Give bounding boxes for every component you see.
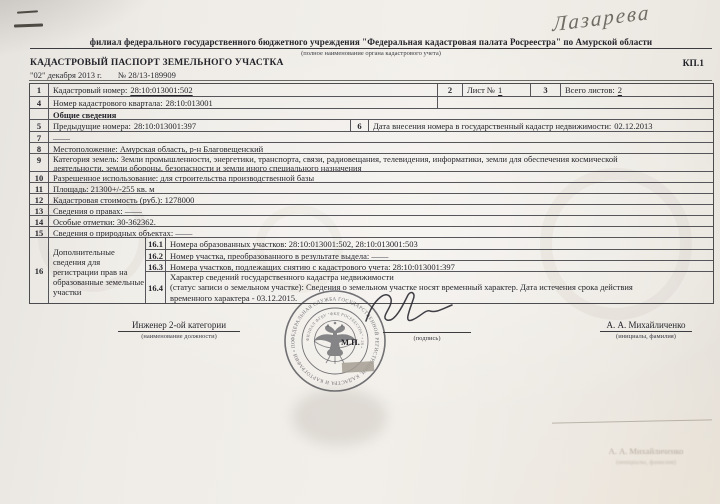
sheet-cell: Лист №1	[463, 84, 531, 96]
previous-numbers-value: 28:10:013001:397	[134, 121, 196, 131]
showthrough-name: А. А. Михайличенко	[598, 446, 694, 456]
total-sheets-value: 2	[618, 85, 622, 95]
issue-date: "02" декабря 2013 г.	[30, 70, 102, 80]
table-section-row: Общие сведения	[30, 108, 713, 119]
row-number	[30, 109, 49, 119]
row-number: 5	[30, 120, 49, 131]
formed-parcels-cell: Номера образованных участков: 28:10:0130…	[166, 238, 713, 249]
quarter-number-label: Номер кадастрового квартала:	[53, 98, 163, 108]
row-number: 6	[351, 120, 369, 131]
area-cell: Площадь: 21300+/-255 кв. м	[49, 183, 713, 193]
row-number: 9	[30, 154, 49, 171]
table-row-15: 15 Сведения о природных объектах: ——	[30, 226, 713, 237]
table-top-hairline	[29, 80, 712, 81]
cadastral-number-value: 28:10:013001:502	[130, 85, 192, 95]
staple-mark	[14, 23, 43, 27]
row-number: 16.3	[146, 261, 166, 271]
cadastral-passport-page: Лазарева филиал федерального государстве…	[0, 0, 720, 504]
row-number: 14	[30, 216, 49, 226]
date-and-number-line: "02" декабря 2013 г. № 28/13-189909	[30, 70, 176, 80]
signer-position: Инженер 2-ой категории	[118, 320, 240, 332]
table-row-16-3: 16.3 Номера участков, подлежащих снятию …	[146, 260, 713, 271]
table-row-7: 7 ——	[30, 131, 713, 142]
row-number: 12	[30, 194, 49, 204]
table-row-11: 11 Площадь: 21300+/-255 кв. м	[30, 182, 713, 193]
empty-cell	[438, 97, 713, 108]
issuing-authority-line: филиал федерального государственного бюд…	[30, 37, 712, 47]
row-number: 4	[30, 97, 49, 108]
handwritten-note: Лазарева	[552, 0, 650, 37]
natural-objects-cell: Сведения о природных объектах: ——	[49, 227, 713, 237]
total-sheets-label: Всего листов:	[565, 85, 615, 95]
row-number: 3	[531, 84, 561, 96]
stamp-number-block	[342, 361, 374, 373]
table-row-12: 12 Кадастровая стоимость (руб.): 1278000	[30, 193, 713, 204]
location-cell: Местоположение: Амурская область, р-н Бл…	[49, 143, 713, 153]
registry-date-value: 02.12.2013	[614, 121, 652, 131]
permitted-use-cell: Разрешенное использование: для строитель…	[49, 172, 713, 182]
table-row-4: 4 Номер кадастрового квартала:28:10:0130…	[30, 96, 713, 108]
row-number: 11	[30, 183, 49, 193]
form-code: КП.1	[683, 59, 704, 69]
registry-date-cell: Дата внесения номера в государственный к…	[369, 120, 713, 131]
row-number: 7	[30, 132, 49, 142]
row-number: 16.4	[146, 272, 166, 303]
row-number: 2	[438, 84, 463, 96]
cadastral-value-cell: Кадастровая стоимость (руб.): 1278000	[49, 194, 713, 204]
issuing-authority-caption: (полное наименование органа кадастрового…	[30, 50, 712, 57]
table-row-14: 14 Особые отметки: 30-362362.	[30, 215, 713, 226]
row-number: 16.1	[146, 238, 166, 249]
row-number: 8	[30, 143, 49, 153]
row-number: 16	[30, 238, 49, 303]
row-7-value: ——	[49, 132, 713, 142]
table-row-5: 5 Предыдущие номера:28:10:013001:397 6 Д…	[30, 119, 713, 131]
quarter-number-cell: Номер кадастрового квартала:28:10:013001	[49, 97, 438, 108]
table-row-1: 1 Кадастровый номер:28:10:013001:502 2 Л…	[30, 84, 713, 96]
table-row-9: 9 Категория земель: Земли промышленности…	[30, 153, 713, 171]
row-number: 16.2	[146, 250, 166, 260]
stamp-place-mark: М.П.	[341, 337, 360, 347]
signer-position-caption: (наименование должности)	[118, 333, 240, 340]
showthrough-name-caption: (инициалы, фамилия)	[598, 459, 694, 466]
table-row-16-2: 16.2 Номер участка, преобразованного в р…	[146, 249, 713, 260]
quarter-number-value: 28:10:013001	[166, 98, 213, 108]
header-rule	[30, 48, 712, 49]
sheet-label: Лист №	[467, 85, 495, 95]
table-row-13: 13 Сведения о правах: ——	[30, 204, 713, 215]
special-notes-cell: Особые отметки: 30-362362.	[49, 216, 713, 226]
rights-info-cell: Сведения о правах: ——	[49, 205, 713, 215]
showthrough-line	[552, 419, 712, 423]
stamp-showthrough	[292, 388, 387, 446]
parcels-to-remove-cell: Номера участков, подлежащих снятию с кад…	[166, 261, 713, 271]
main-table: 1 Кадастровый номер:28:10:013001:502 2 Л…	[29, 83, 714, 304]
signature-stroke	[360, 287, 460, 339]
staple-mark	[17, 10, 38, 13]
row-number: 1	[30, 84, 49, 96]
cadastral-number-cell: Кадастровый номер:28:10:013001:502	[49, 84, 438, 96]
document-number: № 28/13-189909	[118, 70, 176, 80]
cadastral-number-label: Кадастровый номер:	[53, 85, 127, 95]
total-sheets-cell: Всего листов:2	[561, 84, 713, 96]
signer-name-caption: (инициалы, фамилия)	[600, 333, 692, 340]
table-row-8: 8 Местоположение: Амурская область, р-н …	[30, 142, 713, 153]
table-row-16-1: 16.1 Номера образованных участков: 28:10…	[146, 238, 713, 249]
signer-name: А. А. Михайличенко	[600, 320, 692, 332]
section-title: Общие сведения	[49, 109, 713, 119]
land-category-cell: Категория земель: Земли промышленности, …	[49, 154, 713, 171]
additional-info-label: Дополнительные сведения для регистрации …	[49, 238, 146, 303]
transformed-parcel-cell: Номер участка, преобразованного в резуль…	[166, 250, 713, 260]
table-row-10: 10 Разрешенное использование: для строит…	[30, 171, 713, 182]
row-number: 15	[30, 227, 49, 237]
sheet-value: 1	[498, 85, 502, 95]
previous-numbers-label: Предыдущие номера:	[53, 121, 131, 131]
row-number: 10	[30, 172, 49, 182]
row-number: 13	[30, 205, 49, 215]
previous-numbers-cell: Предыдущие номера:28:10:013001:397	[49, 120, 351, 131]
registry-date-label: Дата внесения номера в государственный к…	[373, 121, 611, 131]
document-title: КАДАСТРОВЫЙ ПАСПОРТ ЗЕМЕЛЬНОГО УЧАСТКА	[30, 58, 284, 68]
